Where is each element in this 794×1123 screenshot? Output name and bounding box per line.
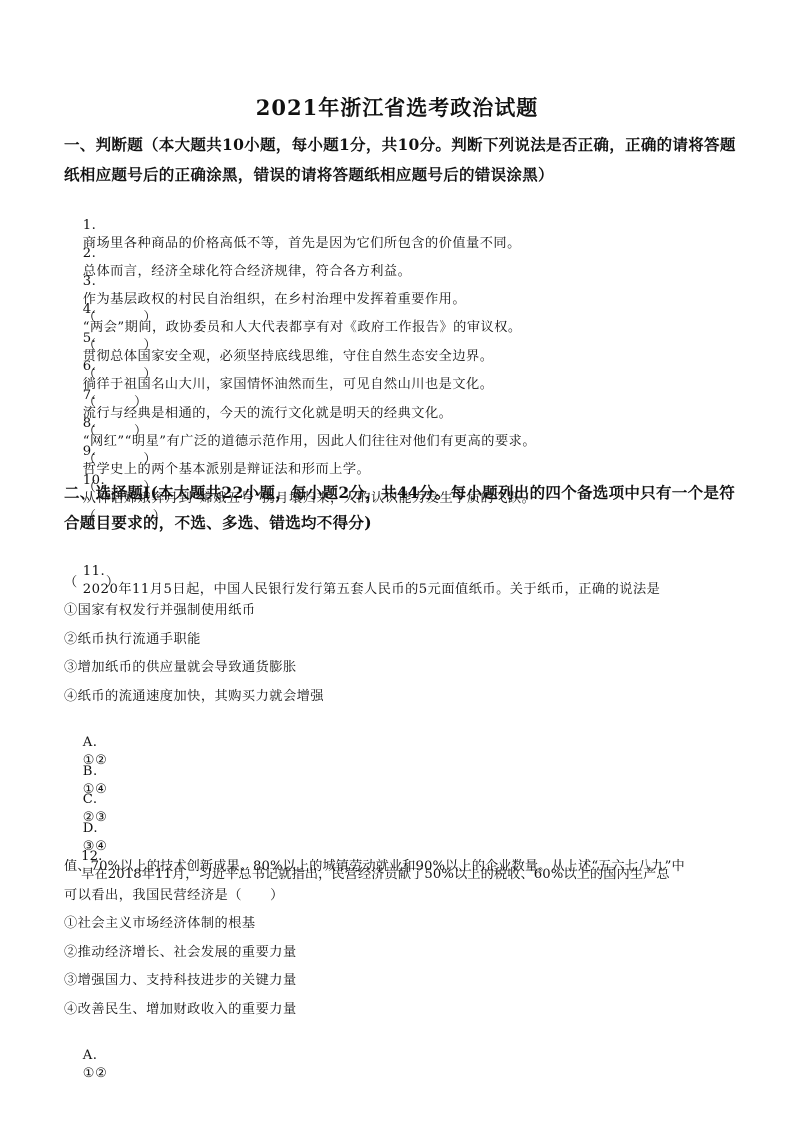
section2-heading: 二、选择题Ⅰ(本大题共22小题，每小题2分，共44分。每小题列出的四个备选项中只… xyxy=(64,478,744,538)
page-title: 2021年浙江省选考政治试题 xyxy=(0,92,794,122)
question-text: 2020年11月5日起，中国人民银行发行第五套人民币的5元面值纸币。关于纸币，正… xyxy=(83,582,661,597)
question-12-statement-1: ①社会主义市场经济体制的根基 xyxy=(64,915,256,933)
option-value: ①② xyxy=(83,1066,108,1081)
question-11-statement-4: ④纸币的流通速度加快，其购买力就会增强 xyxy=(64,688,324,706)
exam-page: 2021年浙江省选考政治试题 一、判断题（本大题共10小题，每小题1分，共10分… xyxy=(0,0,794,1123)
section2-heading-line2: 合题目要求的，不选、多选、错选均不得分) xyxy=(64,508,744,538)
question-11-statement-3: ③增加纸币的供应量就会导致通货膨胀 xyxy=(64,659,297,677)
question-12-statement-4: ④改善民生、增加财政收入的重要力量 xyxy=(64,1001,297,1019)
section2-heading-line1: 二、选择题Ⅰ(本大题共22小题，每小题2分，共44分。每小题列出的四个备选项中只… xyxy=(64,478,744,508)
question-12-option-a: A. ①② xyxy=(64,1029,107,1101)
section1-heading-line2: 纸相应题号后的正确涂黑，错误的请将答题纸相应题号后的错误涂黑） xyxy=(64,160,744,190)
question-11-statement-2: ②纸币执行流通手职能 xyxy=(64,631,201,649)
question-12-statement-3: ③增强国力、支持科技进步的关键力量 xyxy=(64,972,297,990)
question-12-stem-line3: 可以看出，我国民营经济是（ ） xyxy=(64,887,284,905)
question-12-stem-line2: 值、70%以上的技术创新成果、80%以上的城镇劳动就业和90%以上的企业数量。从… xyxy=(64,858,685,876)
question-12-statement-2: ②推动经济增长、社会发展的重要力量 xyxy=(64,944,297,962)
question-11-answer-blank: （ ） xyxy=(64,574,120,592)
option-label: A. xyxy=(83,1047,101,1065)
section1-heading: 一、判断题（本大题共10小题，每小题1分，共10分。判断下列说法是否正确，正确的… xyxy=(64,130,744,190)
section1-heading-line1: 一、判断题（本大题共10小题，每小题1分，共10分。判断下列说法是否正确，正确的… xyxy=(64,130,744,160)
question-11-statement-1: ①国家有权发行并强制使用纸币 xyxy=(64,602,256,620)
